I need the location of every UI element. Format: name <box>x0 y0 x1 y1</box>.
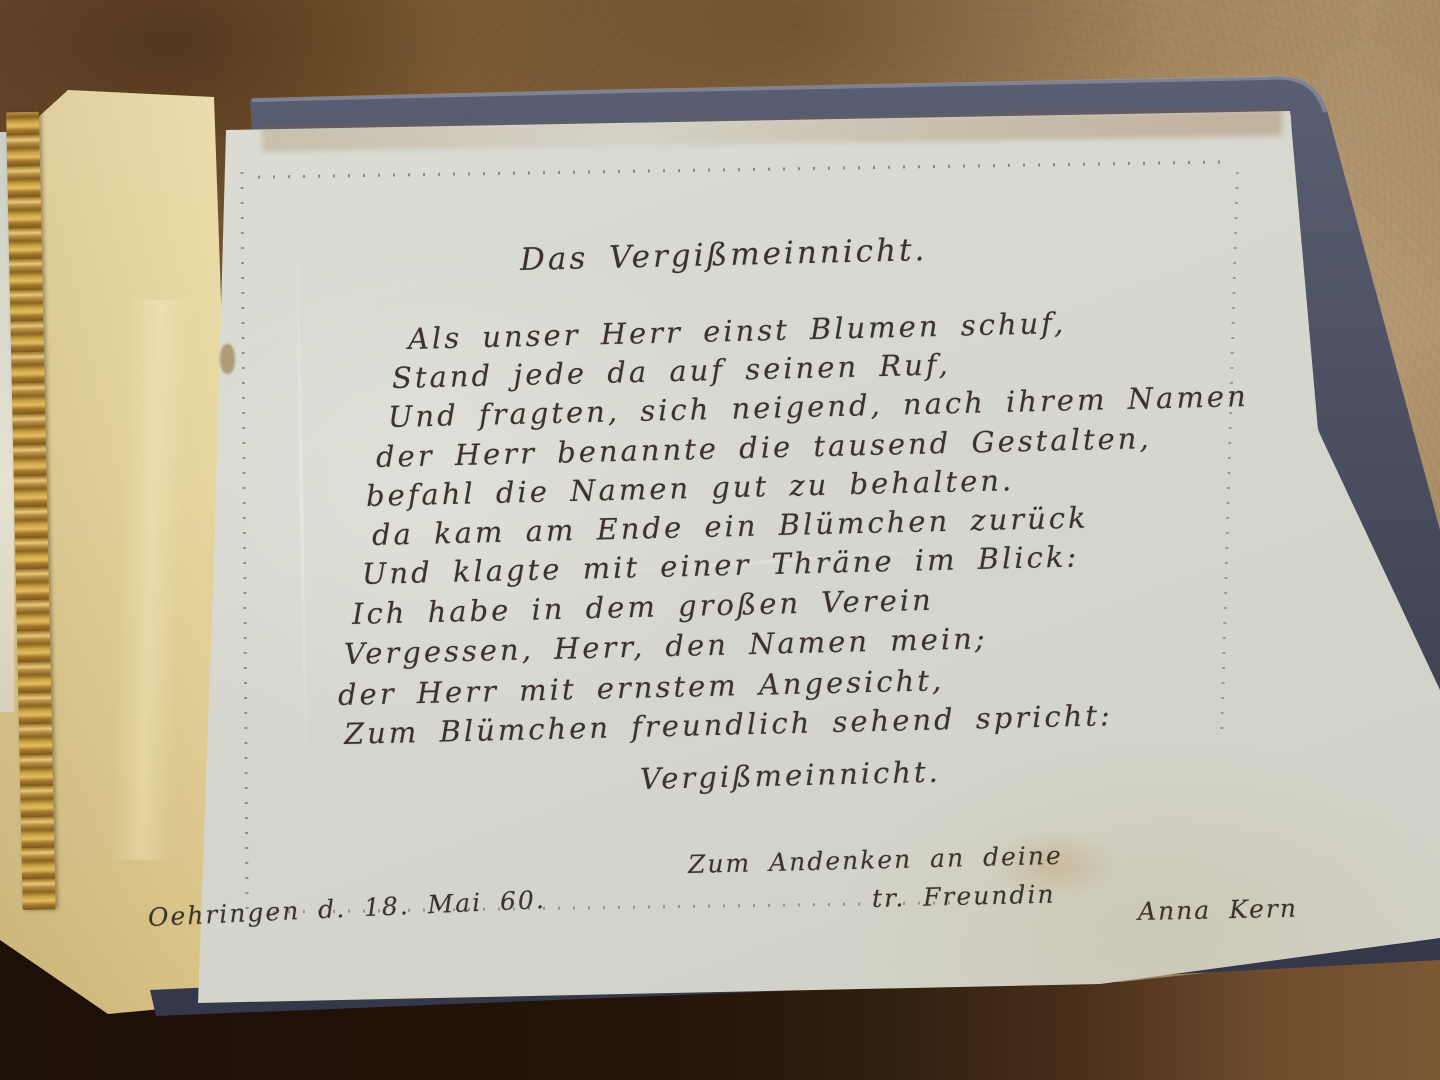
dedication-line-2: tr. Freundin <box>872 880 1056 913</box>
signature: Anna Kern <box>1138 894 1299 926</box>
photo-of-album-page: Das Vergißmeinnicht. Als unser Herr eins… <box>0 0 1440 1080</box>
small-brown-stain <box>220 344 235 374</box>
